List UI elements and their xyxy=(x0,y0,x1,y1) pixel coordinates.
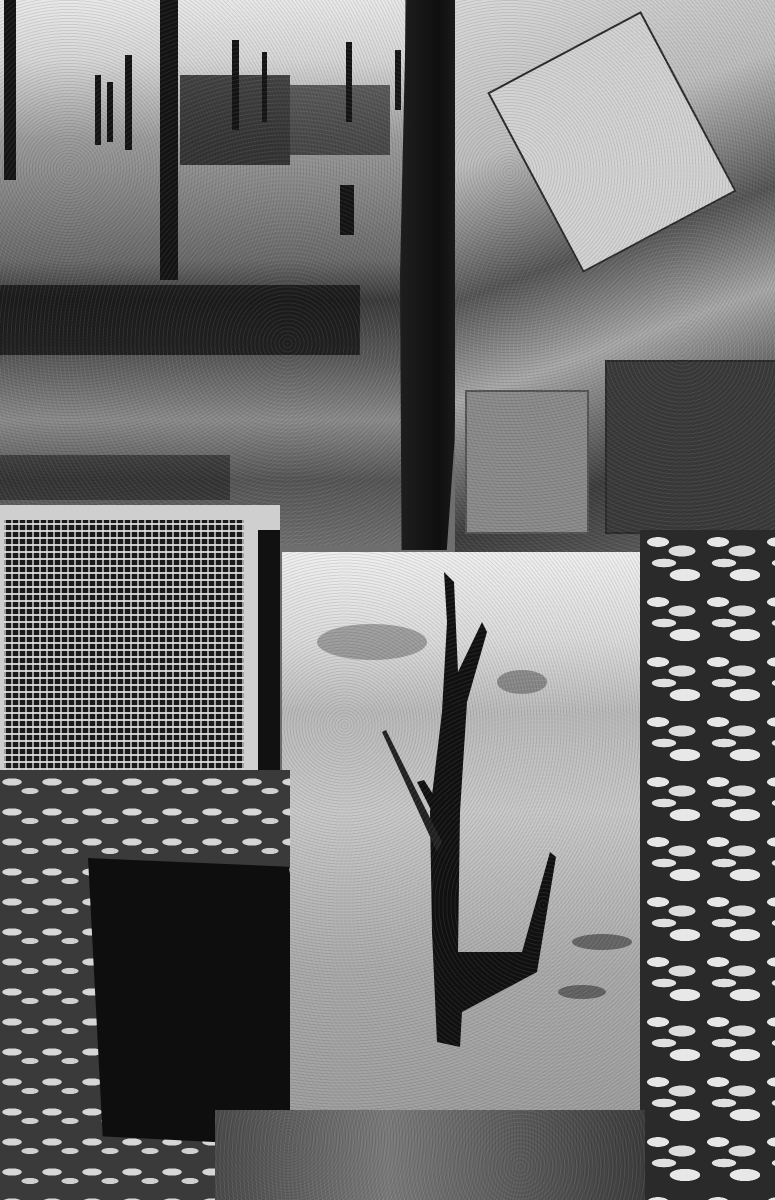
industrial-skyline-photo xyxy=(0,0,405,545)
bare-tree-photo xyxy=(282,552,650,1112)
smokestack xyxy=(160,0,178,280)
broken-slab xyxy=(465,390,589,534)
bare-tree-icon xyxy=(282,552,650,1112)
woven-texture xyxy=(4,520,244,770)
mesh-shadow xyxy=(258,530,280,775)
photo-collage xyxy=(0,0,775,1200)
smokestack xyxy=(395,50,401,110)
dark-slab-shadow xyxy=(88,858,290,1148)
smokestack xyxy=(95,75,101,145)
debris xyxy=(0,455,230,500)
factory-building xyxy=(290,85,390,155)
bridge-wall xyxy=(0,285,360,355)
snowy-rubble-photo xyxy=(640,530,775,1200)
chimney-post xyxy=(340,185,354,235)
smokestack xyxy=(125,55,132,150)
broken-slab xyxy=(605,360,775,534)
factory-building xyxy=(180,75,290,165)
collapsed-building-photo xyxy=(455,0,775,555)
woven-mesh-photo xyxy=(0,505,280,775)
smokestack xyxy=(107,82,113,142)
smokestack xyxy=(4,0,16,180)
broken-slab xyxy=(487,11,736,273)
ground-strip xyxy=(215,1110,645,1200)
